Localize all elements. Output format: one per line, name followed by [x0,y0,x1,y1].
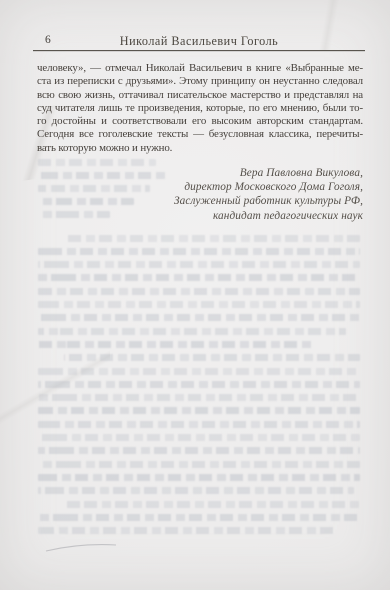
signature-block: Вера Павловна Викулова,директор Московск… [63,166,363,223]
book-page: 6 Николай Васильевич Гоголь человеку», —… [0,0,390,590]
bleedthrough-line [38,514,360,521]
body-line: ста из переписки с друзьями». Этому прин… [37,75,363,88]
header-rule [33,50,365,51]
paper-crease [0,330,110,450]
bleedthrough-line [64,501,360,508]
bleedthrough-line [38,381,360,388]
bleedthrough-line [38,487,354,494]
body-line: всю свою жизнь, оттачивал писательское м… [37,89,363,102]
body-line: го достойны и соответствовали его высоки… [37,115,363,128]
bleedthrough-line [38,368,360,375]
bleedthrough-line [38,407,360,414]
body-line: Сегодня все гоголевские тексты — безусло… [37,128,363,141]
bleedthrough-line [38,261,360,268]
body-line: человеку», — отмечал Николай Васильевич … [37,62,363,75]
running-header-title: Николай Васильевич Гоголь [34,34,364,49]
bleedthrough-line [38,474,360,481]
bleedthrough-line [38,394,360,401]
body-line: вать которую можно и нужно. [37,142,363,155]
signature-line: Вера Павловна Викулова, [63,166,363,180]
bleedthrough-line [64,235,360,242]
body-line: суд читателя лишь те произведения, котор… [37,102,363,115]
bleedthrough-line [38,421,360,428]
bleedthrough-line [38,288,360,295]
bleedthrough-line [38,341,314,348]
bleedthrough-line [38,447,360,454]
signature-line: директор Московского Дома Гоголя, [63,180,363,194]
bleedthrough-line [38,159,156,166]
bleedthrough-line [38,328,346,335]
signature-line: кандидат педагогических наук [63,209,363,223]
bleedthrough-line [38,314,360,321]
bleedthrough-line [38,301,360,308]
bleedthrough-line [38,461,360,468]
bleedthrough-line [64,354,360,361]
bleedthrough-line [38,274,360,281]
body-paragraph: человеку», — отмечал Николай Васильевич … [37,62,363,155]
bleedthrough-line [38,527,338,534]
bleedthrough-line [38,434,360,441]
bleedthrough-line [38,248,360,255]
signature-line: Заслуженный работник культуры РФ, [63,194,363,208]
